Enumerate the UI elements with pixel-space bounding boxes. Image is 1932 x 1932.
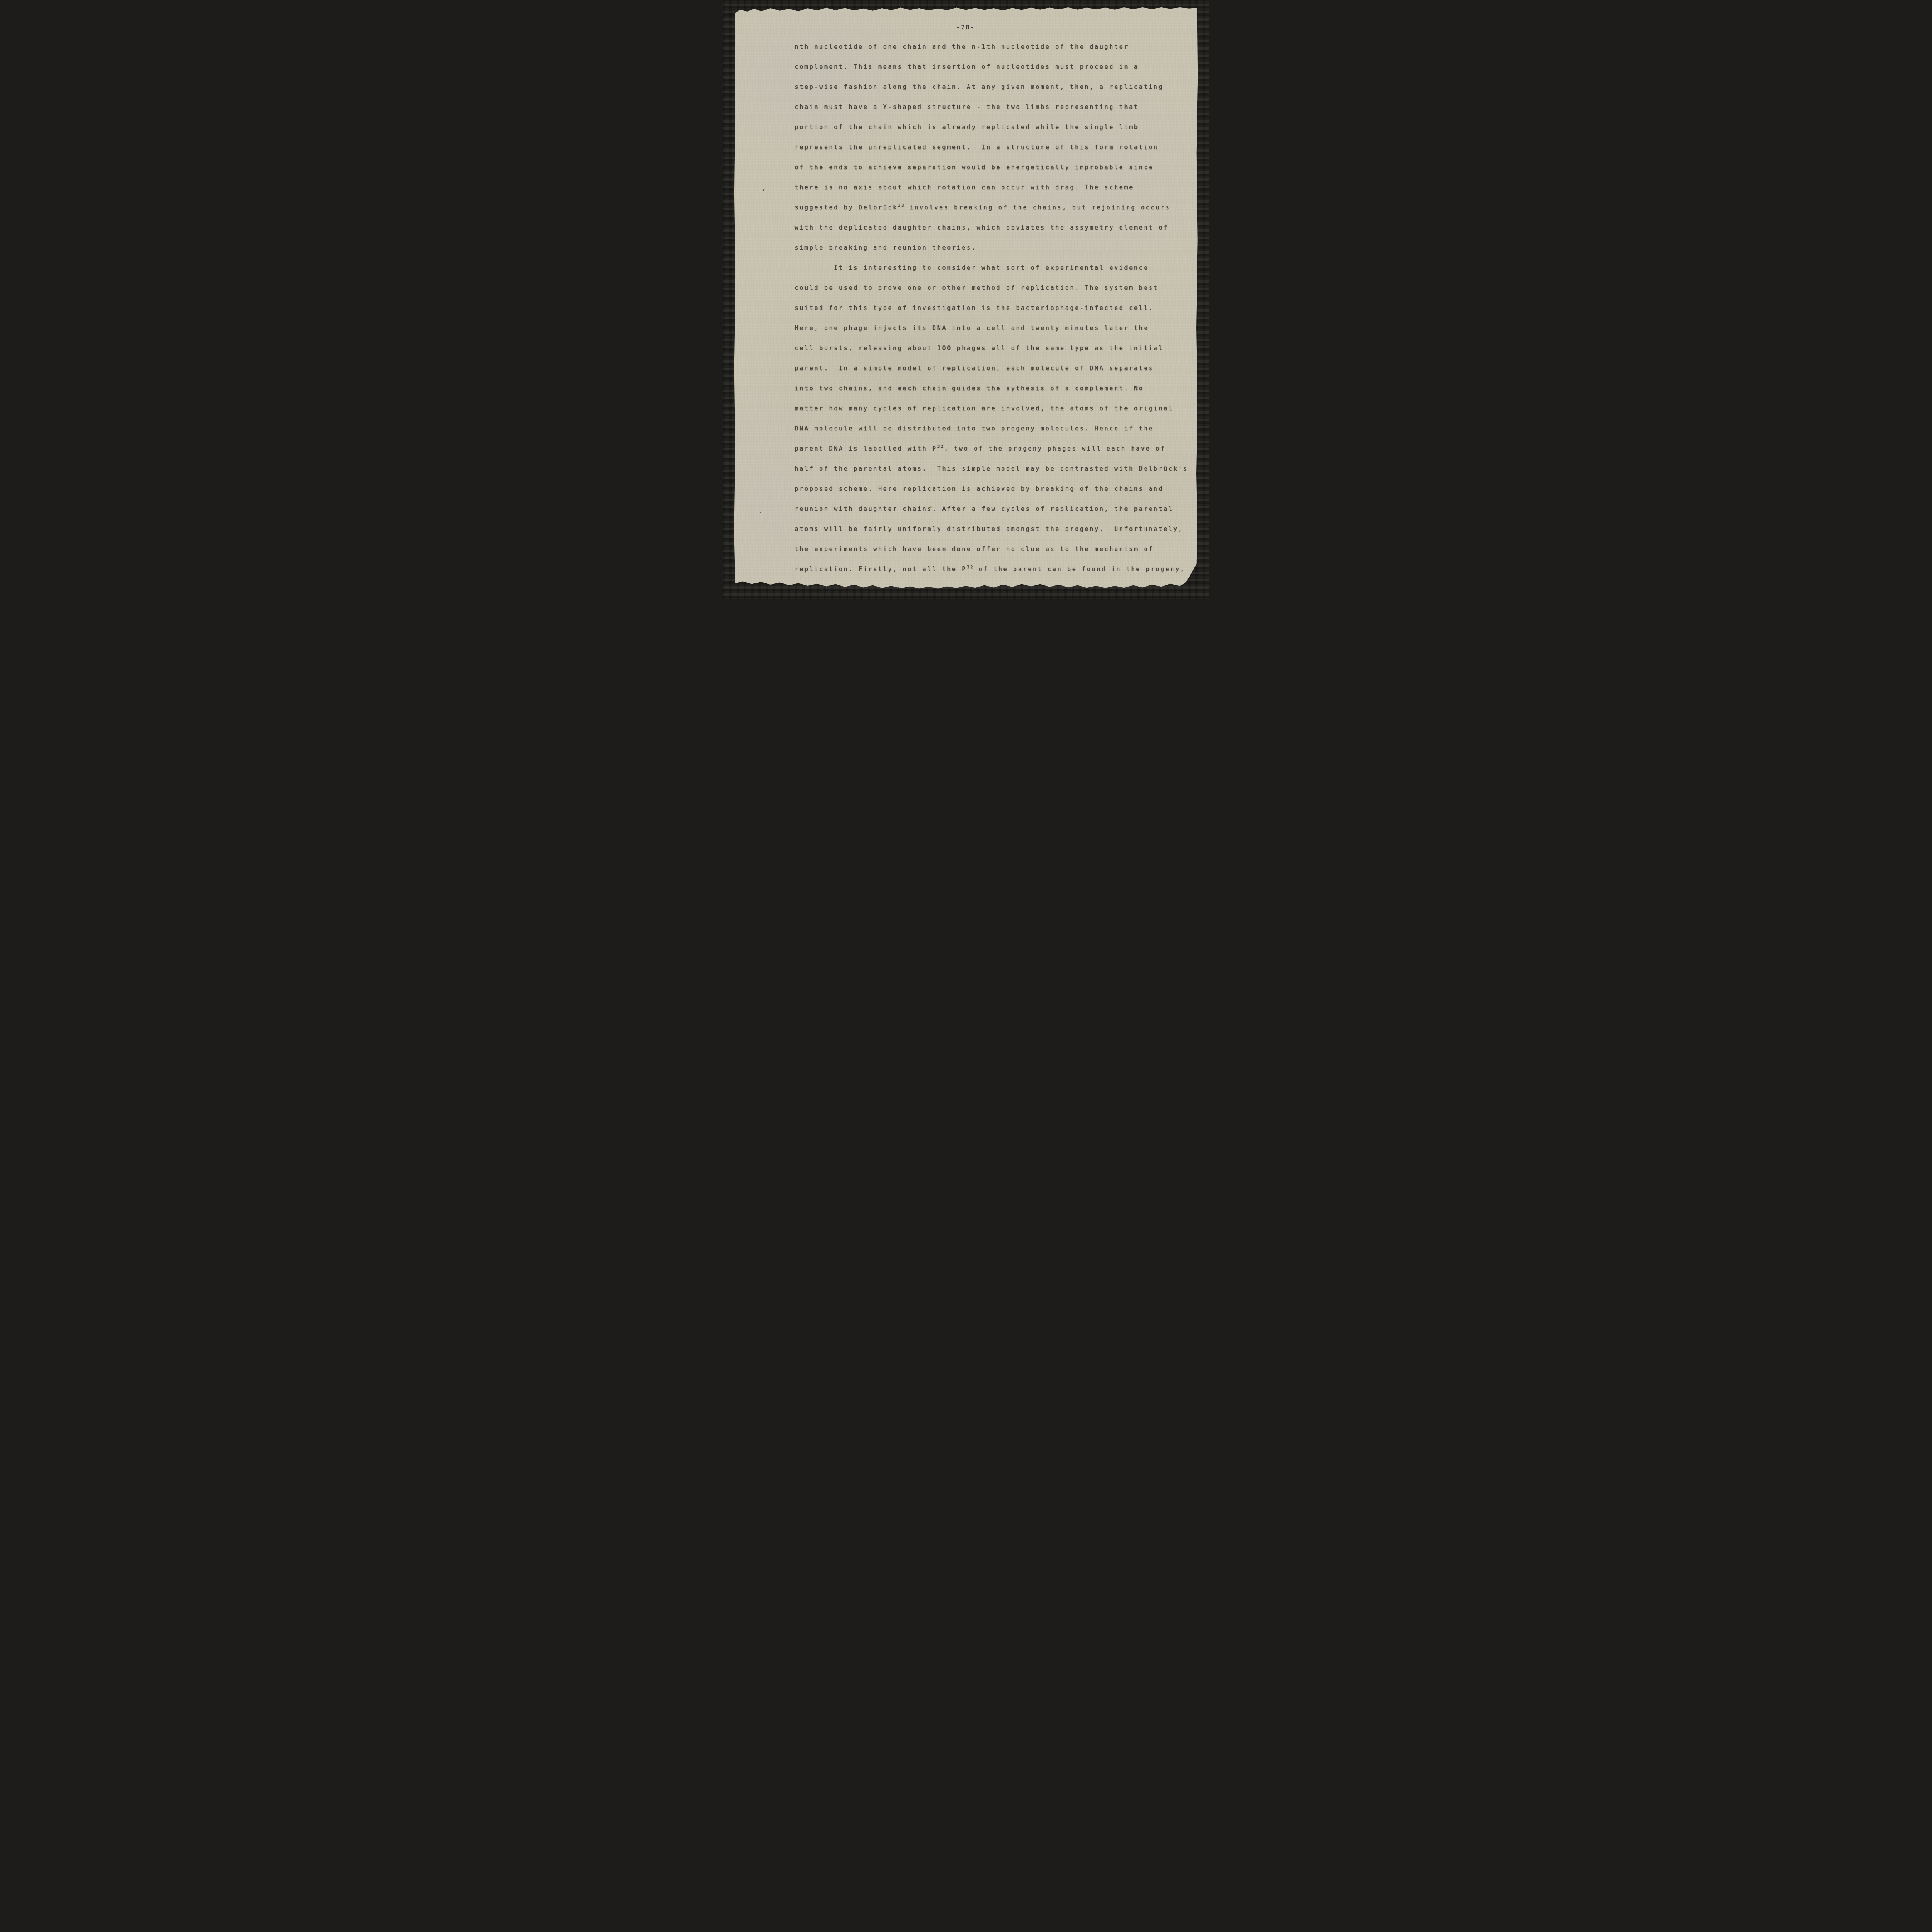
text-line: Here, one phage injects its DNA into a c… [795,318,1188,338]
superscript: 32 [937,444,944,449]
text-line: half of the parental atoms. This simple … [795,459,1188,479]
text-line: represents the unreplicated segment. In … [795,137,1188,157]
superscript: 33 [898,203,905,208]
text-line: reunion with daughter chains. After a fe… [795,499,1188,519]
text-line: step-wise fashion along the chain. At an… [795,77,1188,97]
text-line: with the deplicated daughter chains, whi… [795,218,1188,238]
text-line: suggested by Delbrück33 involves breakin… [795,197,1188,218]
paper-crease [821,239,821,347]
text-line: proposed scheme. Here replication is ach… [795,479,1188,499]
body-text: nth nucleotide of one chain and the n-1t… [795,37,1188,599]
superscript: 32 [967,565,974,570]
text-line: parent DNA is labelled with P32, two of … [795,439,1188,459]
text-line: chain must have a Y-shaped structure - t… [795,97,1188,117]
text-line: matter how many cycles of replication ar… [795,398,1188,418]
text-line: atoms will be fairly uniformly distribut… [795,519,1188,539]
text-line: could be used to prove one or other meth… [795,278,1188,298]
paper-speck [930,506,932,508]
text-line: simple breaking and reunion theories. [795,238,1188,258]
text-line: suited for this type of investigation is… [795,298,1188,318]
text-line: It is interesting to consider what sort … [795,258,1188,278]
text-line: there is no axis about which rotation ca… [795,177,1188,197]
text-line: into two chains, and each chain guides t… [795,378,1188,398]
text-line: replication. Firstly, not all the P32 of… [795,559,1188,579]
text-line: DNA molecule will be distributed into tw… [795,418,1188,439]
torn-corner-chip [1187,573,1197,580]
text-line: complement. This means that insertion of… [795,57,1188,77]
scan-background: -28- nth nucleotide of one chain and the… [723,0,1209,599]
page-number: -28- [733,24,1199,31]
paper-speck [763,189,764,191]
text-line: parent. In a simple model of replication… [795,358,1188,378]
text-line: the experiments which have been done off… [795,539,1188,559]
manuscript-page: -28- nth nucleotide of one chain and the… [733,7,1199,590]
text-line: nth nucleotide of one chain and the n-1t… [795,37,1188,57]
text-line: of the ends to achieve separation would … [795,157,1188,177]
text-line: cell bursts, releasing about 100 phages … [795,338,1188,358]
text-line: and in most cases such parent to progeny… [795,579,1188,599]
paper-speck [760,512,761,513]
text-line: portion of the chain which is already re… [795,117,1188,137]
